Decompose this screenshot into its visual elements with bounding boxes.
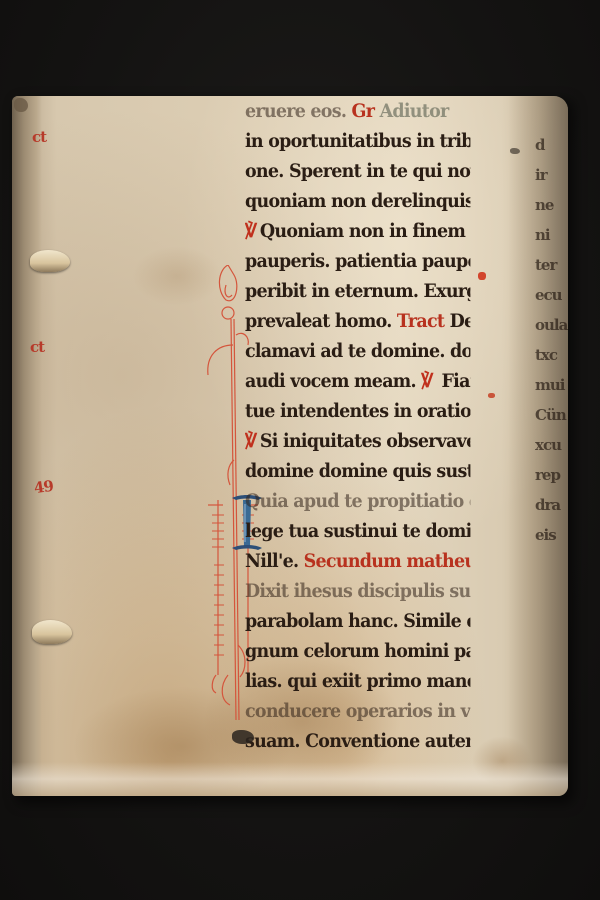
edge-line: ecu — [535, 280, 569, 310]
ms-line: eruere eos. Gr Adiutor — [245, 96, 470, 126]
ms-line: domine domine quis sustinebit. ℣ — [245, 456, 470, 486]
edge-line: ni — [535, 220, 569, 250]
red-ink-mark — [488, 393, 495, 398]
ms-line: Quia apud te propitiatio est. et pro — [245, 486, 470, 516]
spine-red-mark: ct — [32, 128, 46, 146]
ms-line: Dixit ihesus discipulis suis — [245, 576, 470, 606]
edge-line: mui — [535, 370, 569, 400]
edge-line: Cün — [535, 400, 569, 430]
edge-line: oula — [535, 310, 569, 340]
ms-line: conducere operarios in vineam — [245, 696, 470, 726]
edge-line: ter — [535, 250, 569, 280]
binding-thong-lower — [32, 620, 72, 644]
edge-line: ir — [535, 160, 569, 190]
ms-line: audi vocem meam. ℣ Fiant aures — [245, 366, 470, 396]
ink-mark — [510, 148, 520, 154]
red-ink-mark — [478, 272, 486, 280]
ink-blot — [232, 730, 254, 744]
ms-line: peribit in eternum. Exurge domine non — [245, 276, 470, 306]
edge-line: eis — [535, 520, 569, 550]
ms-line: ℣Quoniam non in finem oblivio erit — [245, 216, 470, 246]
edge-line: d — [535, 130, 569, 160]
spine-fold — [12, 96, 42, 796]
manuscript-text-column: eruere eos. Gr Adiutor in oportunitatibu… — [245, 96, 490, 756]
ms-line: Nill'e. Secundum matheum — [245, 546, 470, 576]
rubric-gospel: Secundum matheum — [304, 550, 471, 572]
rubric-tract: Tract — [397, 310, 444, 332]
ms-line: lias. qui exiit primo mane — [245, 666, 470, 696]
edge-line: txc — [535, 340, 569, 370]
ms-line: parabolam hanc. Simile est re — [245, 606, 470, 636]
ms-line: prevaleat homo. Tract De profundis — [245, 306, 470, 336]
ms-line: ℣Si iniquitates observaveris — [245, 426, 470, 456]
ms-line: one. Sperent in te qui noverunt te — [245, 156, 470, 186]
ms-line: lege tua sustinui te domine. — [245, 516, 470, 546]
ms-line: pauperis. patientia pauperum non — [245, 246, 470, 276]
versicle-mark: ℣ — [245, 220, 256, 242]
ms-line: clamavi ad te domine. domine ex — [245, 336, 470, 366]
ms-line: quoniam non derelinquis querentes te d. — [245, 186, 470, 216]
spine-red-mark: ct — [30, 338, 44, 356]
versicle-mark: ℣ — [245, 430, 256, 452]
edge-line: xcu — [535, 430, 569, 460]
ms-line: tue intendentes in orationem servi tui. — [245, 396, 470, 426]
edge-line: rep — [535, 460, 569, 490]
ms-line: in oportunitatibus in tribulati — [245, 126, 470, 156]
ms-line: gnum celorum homini patrifami — [245, 636, 470, 666]
right-edge-text: d ir ne ni ter ecu oula txc mui Cün xcu … — [535, 130, 569, 550]
binding-thong-upper — [30, 250, 70, 272]
corner-damage — [14, 98, 28, 112]
edge-line: dra — [535, 490, 569, 520]
ms-line: suam. Conventione autem fa — [245, 726, 470, 756]
edge-line: ne — [535, 190, 569, 220]
spine-red-mark: 49 — [33, 477, 54, 497]
versicle-mark: ℣ — [421, 370, 432, 392]
